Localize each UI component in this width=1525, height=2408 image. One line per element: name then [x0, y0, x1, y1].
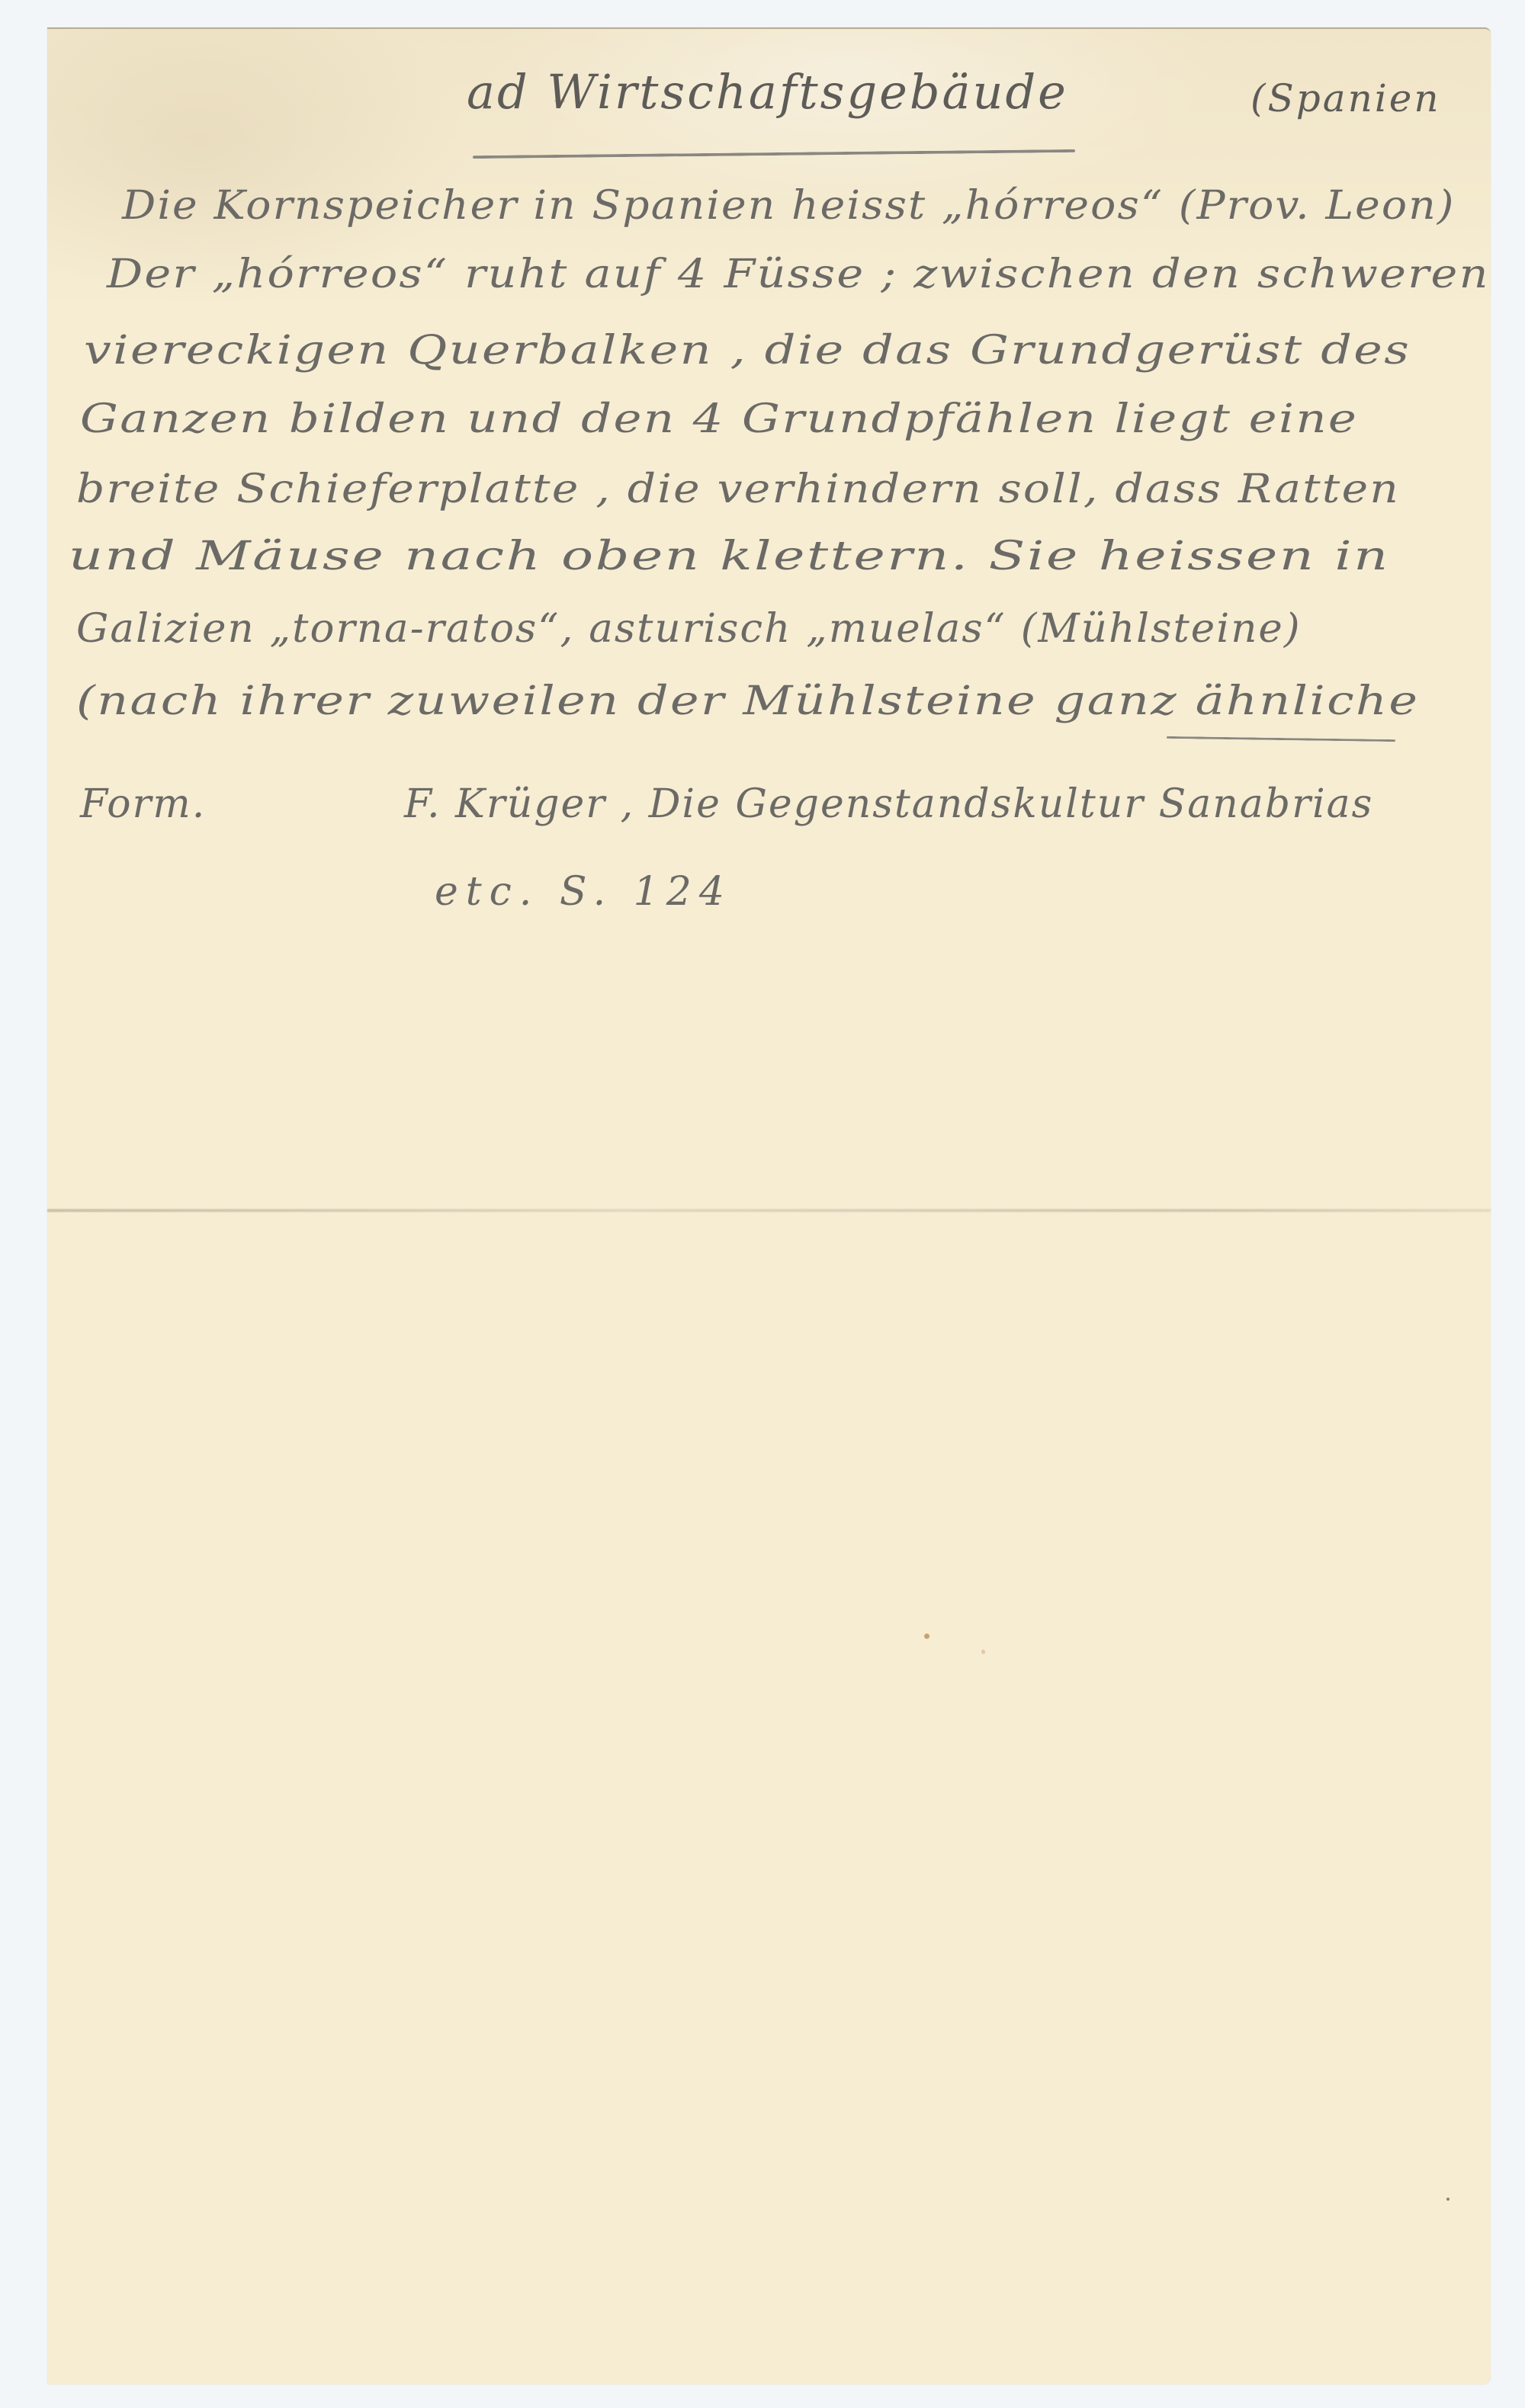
text-line-4: Ganzen bilden und den 4 Grundpfählen lie… — [80, 396, 1358, 442]
text-line-2: Der „hórreos“ ruht auf 4 Füsse ; zwische… — [107, 252, 1490, 297]
text-line-1: Die Kornspeicher in Spanien heisst „hórr… — [122, 183, 1455, 229]
document-title: ad Wirtschaftsgebäude — [467, 64, 1068, 120]
text-line-8: (nach ihrer zuweilen der Mühlsteine ganz… — [76, 678, 1419, 724]
citation-author-title: F. Krüger , Die Gegenstandskultur Sanabr… — [404, 781, 1373, 827]
text-line-9: Form. — [80, 781, 206, 827]
text-line-3: viereckigen Querbalken , die das Grundge… — [84, 328, 1411, 374]
text-line-6: und Mäuse nach oben klettern. Sie heisse… — [69, 534, 1390, 579]
text-line-5: breite Schieferplatte , die verhindern s… — [76, 467, 1400, 512]
paper-fold-crease — [47, 1209, 1491, 1212]
text-line-7: Galizien „torna-ratos“, asturisch „muela… — [76, 606, 1302, 652]
foxing-spot — [924, 1634, 929, 1639]
side-note: (Spanien — [1250, 76, 1441, 120]
foxing-spot — [981, 1650, 985, 1654]
citation-page: etc. S. 124 — [435, 869, 732, 915]
paper-sheet — [47, 27, 1491, 2384]
foxing-spot — [1446, 2198, 1450, 2201]
